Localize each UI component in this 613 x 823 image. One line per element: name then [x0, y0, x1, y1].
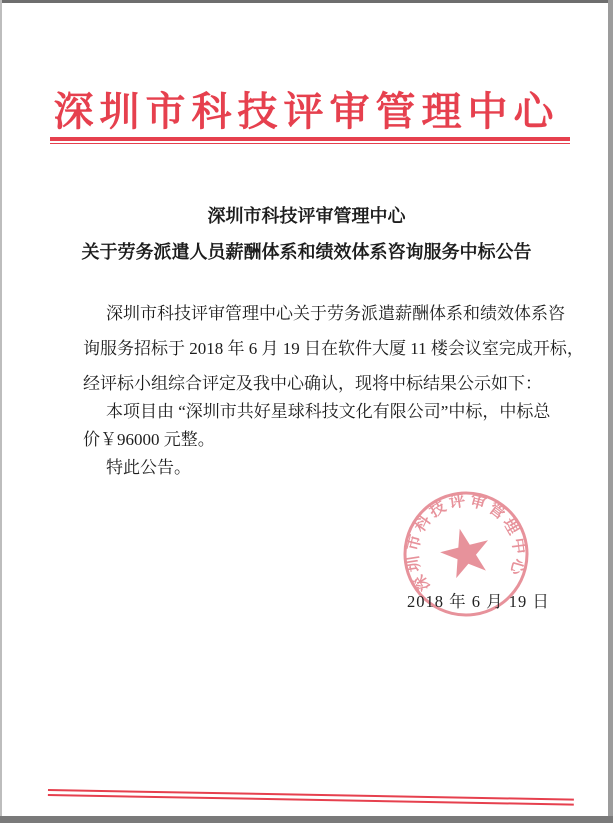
document-date: 2018 年 6 月 19 日 [407, 588, 550, 612]
body-line: 询服务招标于 2018 年 6 月 19 日在软件大厦 11 楼会议室完成开标， [83, 338, 563, 359]
scan-edge-bottom [0, 816, 613, 823]
star-icon [436, 523, 495, 581]
doc-title-line1: 深圳市科技评审管理中心 [0, 202, 613, 228]
letterhead-title: 深圳市科技评审管理中心 [0, 80, 613, 137]
doc-title-line2: 关于劳务派遣人员薪酬体系和绩效体系咨询服务中标公告 [0, 238, 613, 264]
body-line: 价￥96000 元整。 [83, 429, 563, 450]
body-line: 特此公告。 [83, 457, 586, 478]
rule-thin-line [50, 143, 570, 145]
document-page: 深圳市科技评审管理中心 深圳市科技评审管理中心 关于劳务派遣人员薪酬体系和绩效体… [0, 0, 613, 823]
scan-edge-top [0, 0, 613, 3]
body-line: 本项目由 “深圳市共好星球科技文化有限公司”中标，中标总 [83, 401, 586, 422]
body-line: 深圳市科技评审管理中心关于劳务派遣薪酬体系和绩效体系咨 [83, 303, 586, 324]
letterhead-double-rule [50, 137, 570, 144]
footer-double-rule [48, 789, 574, 806]
body-line: 经评标小组综合评定及我中心确认，现将中标结果公示如下： [83, 373, 563, 394]
